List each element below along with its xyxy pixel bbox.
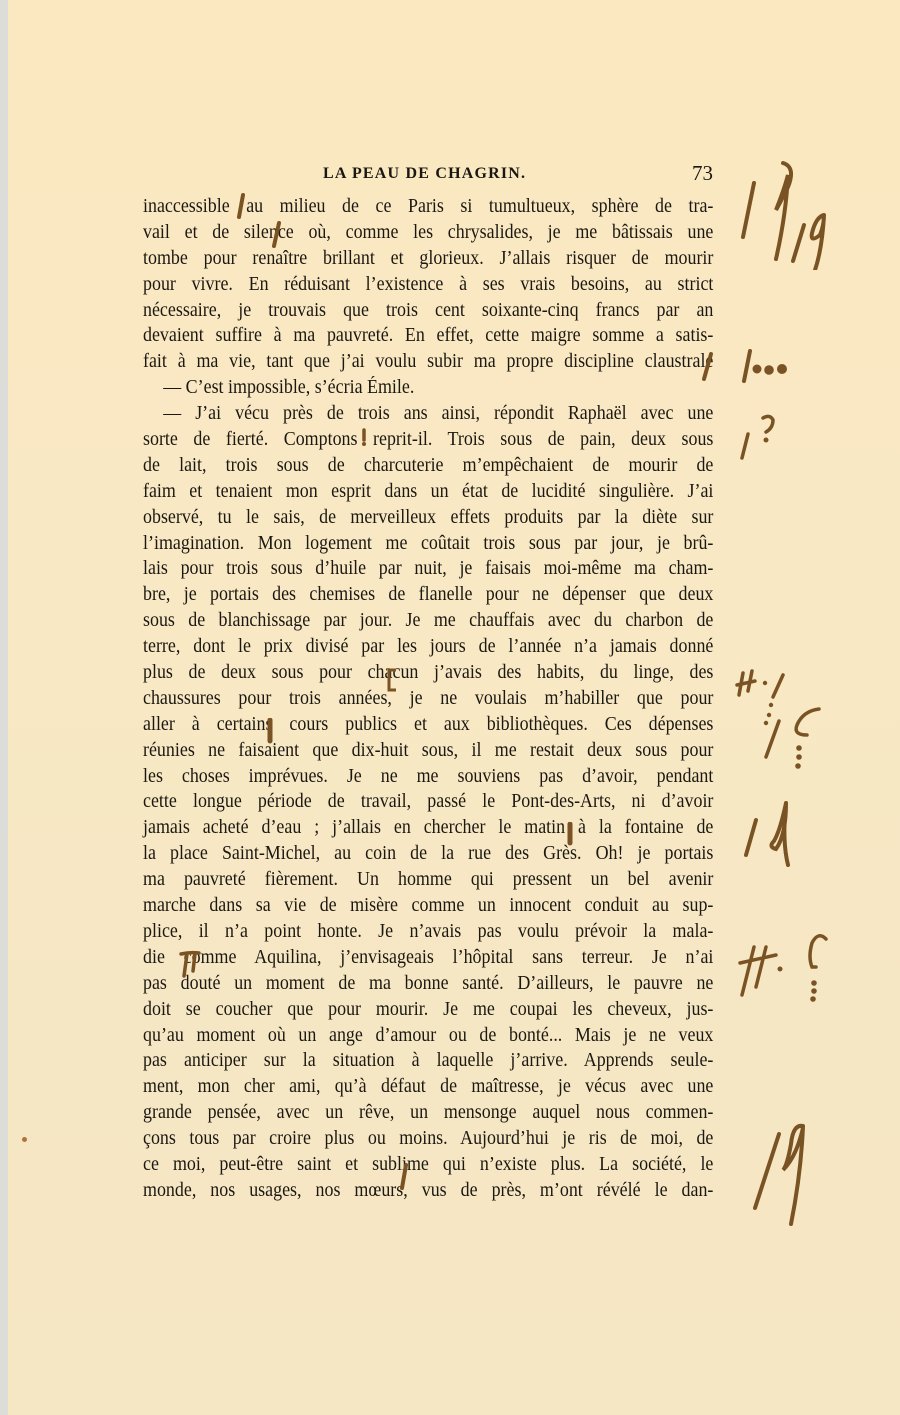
margin-note-7	[743, 1120, 813, 1230]
margin-note-5	[736, 795, 816, 870]
margin-note-6	[738, 925, 838, 1005]
handwritten-question-icon	[736, 410, 796, 460]
page-number: 73	[692, 161, 713, 186]
text-line: lais pour trois sous d’huile par nuit, j…	[143, 556, 713, 582]
text-line: monde, nos usages, nos mœurs, vus de prè…	[143, 1178, 713, 1204]
margin-note-3	[736, 410, 796, 460]
text-line: — C’est impossible, s’écria Émile.	[143, 375, 713, 401]
text-line: pas douté un moment de ma bonne santé. D…	[143, 971, 713, 997]
handwritten-ellipsis-icon	[736, 345, 816, 390]
text-line: qu’au moment où un ange d’amour ou de bo…	[143, 1023, 713, 1049]
text-line: devaient suffire à ma pauvreté. En effet…	[143, 323, 713, 349]
text-line: inaccessible au milieu de ce Paris si tu…	[143, 194, 713, 220]
text-line: bre, je portais des chemises de flanelle…	[143, 582, 713, 608]
text-line: ment, mon cher ami, qu’à défaut de maîtr…	[143, 1074, 713, 1100]
book-page: LA PEAU DE CHAGRIN. 73 inaccessible au m…	[0, 0, 900, 1415]
text-line: jamais acheté d’eau ; j’allais en cherch…	[143, 815, 713, 841]
text-line: la place Saint-Michel, au coin de la rue…	[143, 841, 713, 867]
margin-note-1	[736, 155, 826, 270]
text-line: faim et tenaient mon esprit dans un état…	[143, 479, 713, 505]
text-line: tombe pour renaître brillant et glorieux…	[143, 246, 713, 272]
text-line: ce moi, peut-être saint et sublime qui n…	[143, 1152, 713, 1178]
margin-note-2	[736, 345, 816, 390]
text-line: réunies ne faisaient que dix-huit sous, …	[143, 738, 713, 764]
text-line: sorte de fierté. Comptons reprit-il. Tro…	[143, 427, 713, 453]
text-line: nécessaire, je trouvais que trois cent s…	[143, 298, 713, 324]
text-line: marche dans sa vie de misère comme un in…	[143, 893, 713, 919]
text-line: de lait, trois sous de charcuterie m’emp…	[143, 453, 713, 479]
handwritten-mark-icon	[736, 795, 816, 870]
running-title: LA PEAU DE CHAGRIN.	[323, 165, 526, 183]
handwritten-mark-icon	[743, 1120, 813, 1230]
text-line: grande pensée, avec un rêve, un mensonge…	[143, 1100, 713, 1126]
running-header: LA PEAU DE CHAGRIN. 73	[143, 163, 713, 187]
text-line: çons tous par croire plus ou moins. Aujo…	[143, 1126, 713, 1152]
handwritten-mark-icon	[736, 155, 826, 270]
paper-stain	[22, 1137, 27, 1142]
text-line: doit se coucher que pour mourir. Je me c…	[143, 997, 713, 1023]
text-line: terre, dont le prix divisé par les jours…	[143, 634, 713, 660]
text-line: — J’ai vécu près de trois ans ainsi, rép…	[143, 401, 713, 427]
text-line: ma pauvreté fièrement. Un homme qui pres…	[143, 867, 713, 893]
text-line: les choses imprévues. Je ne me souviens …	[143, 764, 713, 790]
handwritten-mark-icon	[738, 925, 838, 1005]
text-line: vail et de silence où, comme les chrysal…	[143, 220, 713, 246]
text-line: chaussures pour trois années, je ne voul…	[143, 686, 713, 712]
text-line: l’imagination. Mon logement me coûtait t…	[143, 531, 713, 557]
text-line: plus de deux sous pour chacun j’avais de…	[143, 660, 713, 686]
handwritten-mark-icon	[733, 665, 843, 775]
text-line: sous de blanchissage par jour. Je me cha…	[143, 608, 713, 634]
text-line: observé, tu le sais, de merveilleux effe…	[143, 505, 713, 531]
margin-note-4	[733, 665, 843, 775]
text-line: pas anticiper sur la situation à laquell…	[143, 1048, 713, 1074]
text-line: fait à ma vie, tant que j’ai voulu subir…	[143, 349, 713, 375]
text-line: pour vivre. En réduisant l’existence à s…	[143, 272, 713, 298]
text-line: die comme Aquilina, j’envisageais l’hôpi…	[143, 945, 713, 971]
text-line: aller à certains cours publics et aux bi…	[143, 712, 713, 738]
body-text: inaccessible au milieu de ce Paris si tu…	[143, 194, 713, 1204]
text-line: cette longue période de travail, passé l…	[143, 789, 713, 815]
text-line: plice, il n’a point honte. Je n’avais pa…	[143, 919, 713, 945]
